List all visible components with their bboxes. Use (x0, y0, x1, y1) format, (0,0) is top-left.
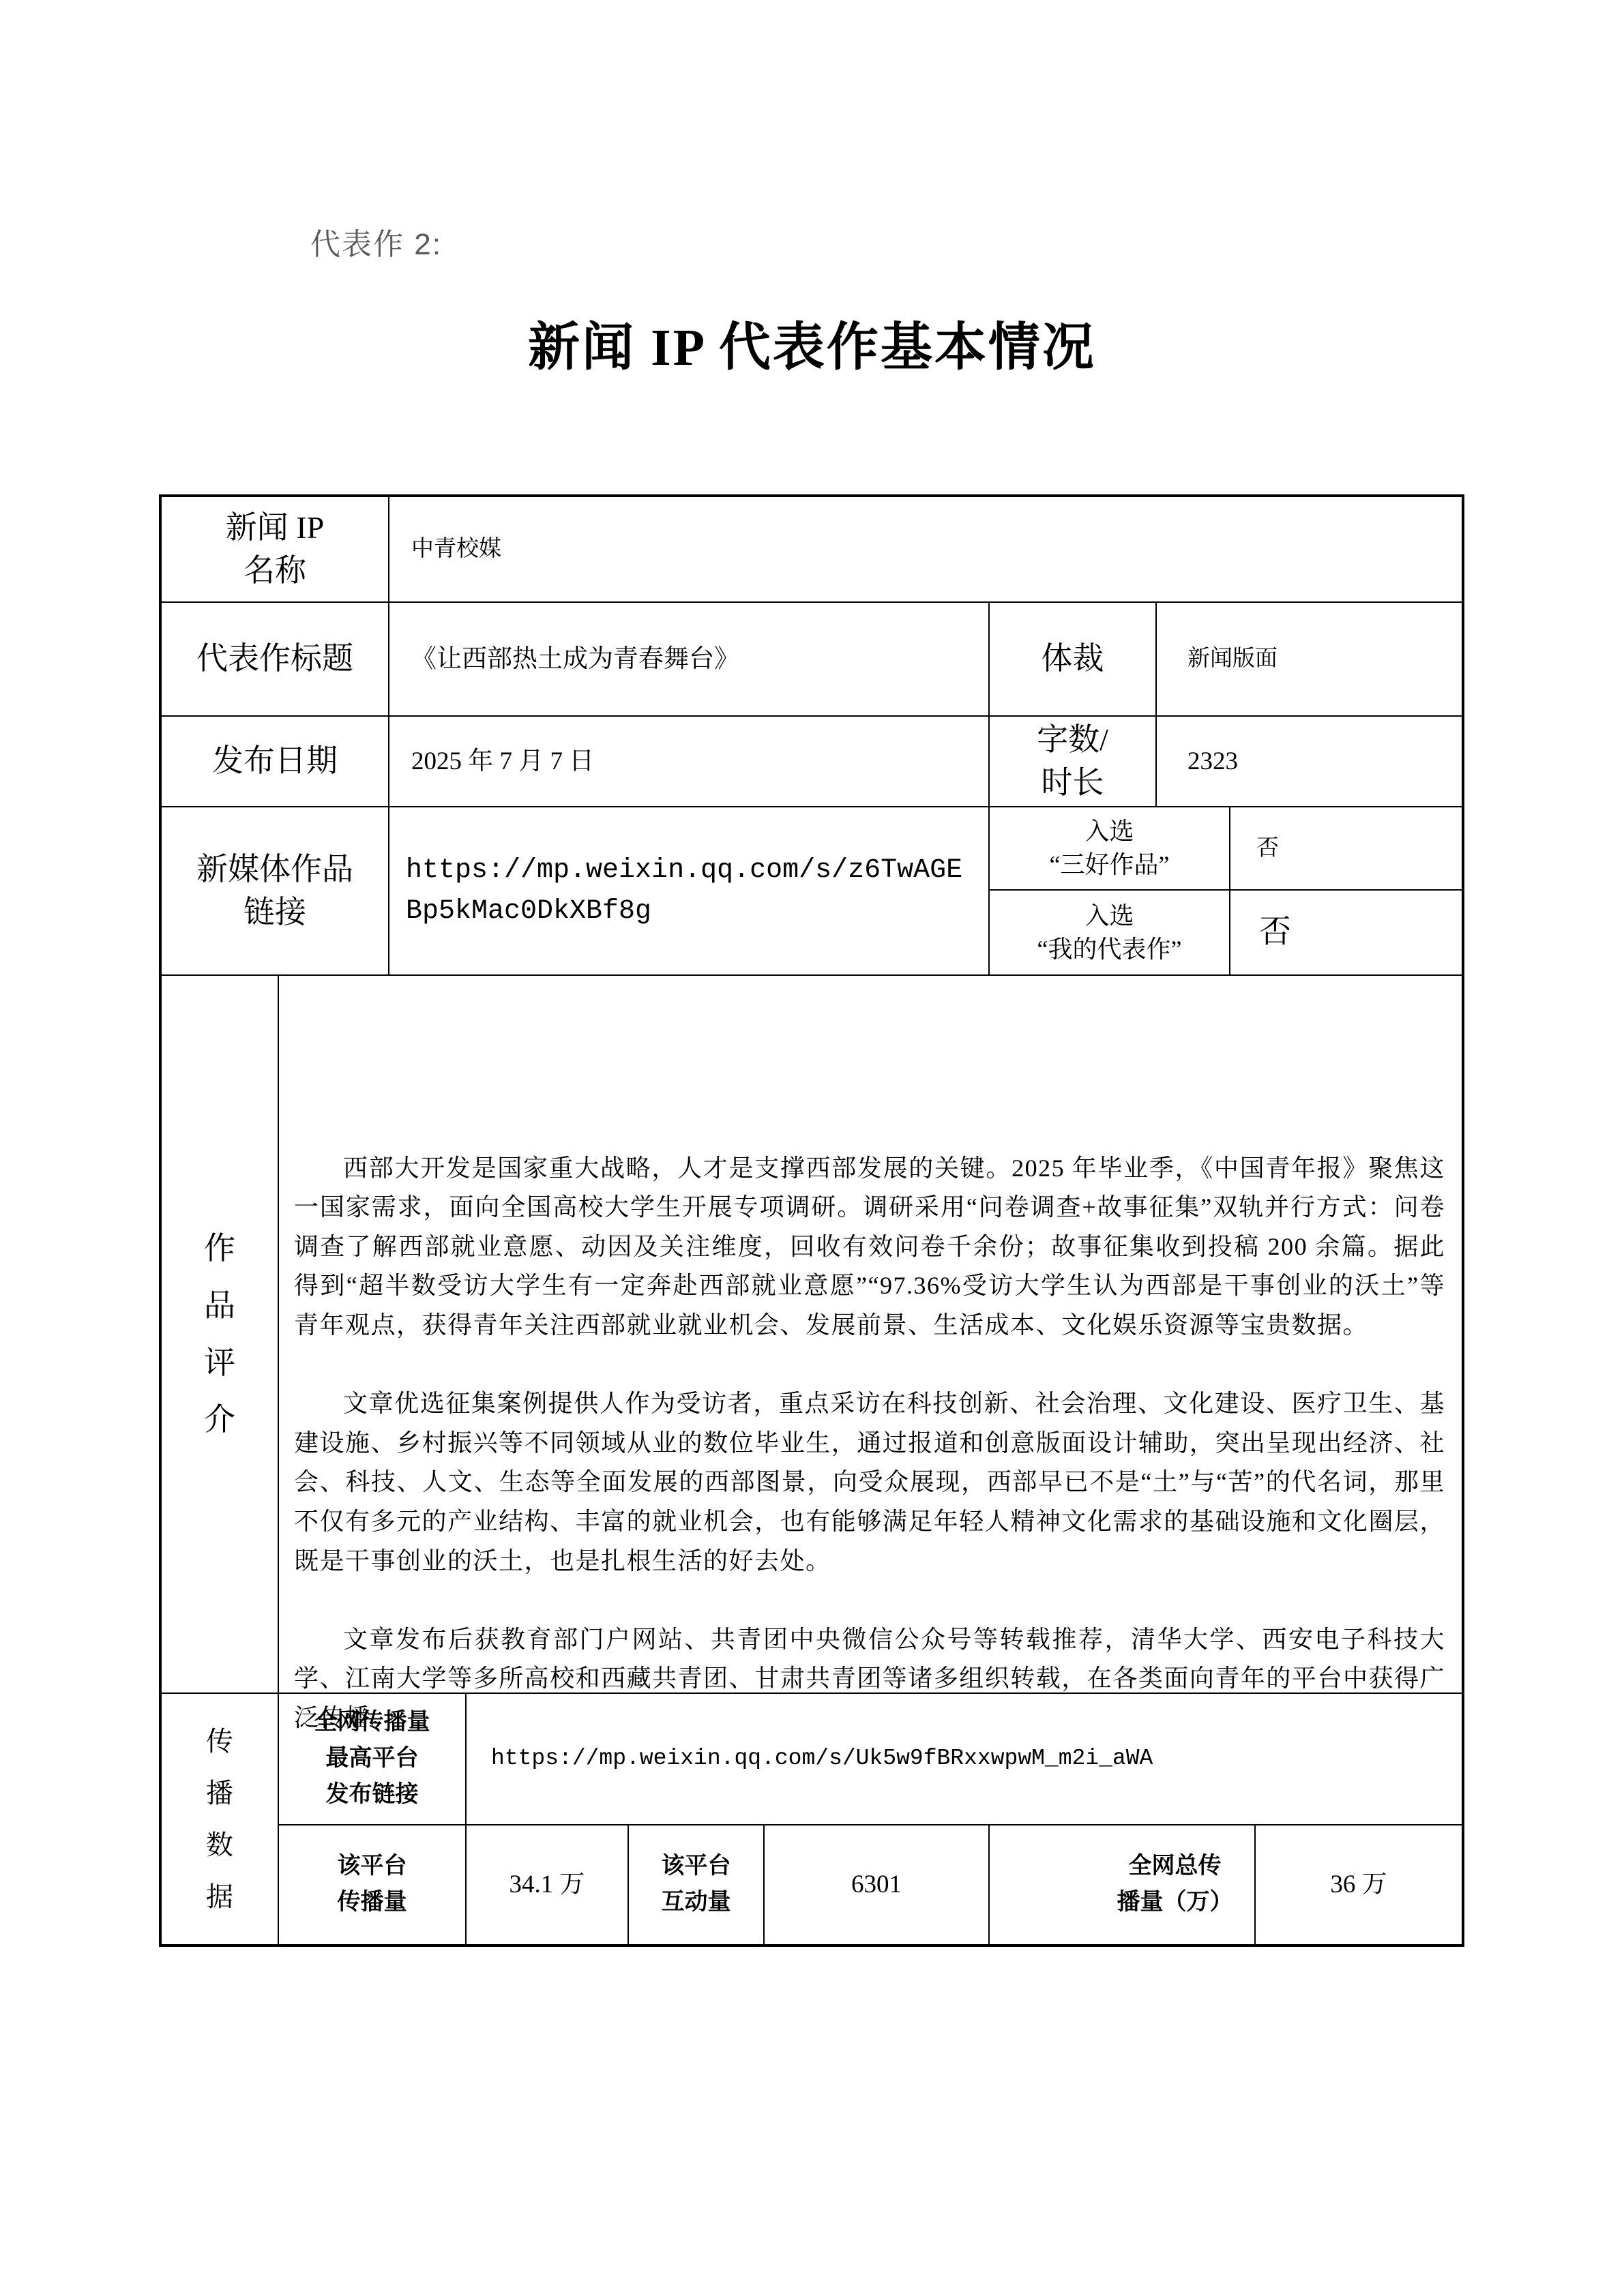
spread-data-label: 传播数据 (205, 1716, 235, 1923)
total-spread-label: 全网总传 播量（万） (1095, 1825, 1256, 1944)
platform-interaction-label: 该平台 互动量 (629, 1825, 765, 1944)
platform-spread-value: 34.1 万 (467, 1825, 629, 1944)
review-paragraph-1: 西部大开发是国家重大战略，人才是支撑西部发展的关键。2025 年毕业季，《中国青… (294, 1149, 1445, 1345)
top-platform-link-value: https://mp.weixin.qq.com/s/Uk5w9fBRxxwpw… (467, 1694, 1462, 1825)
publish-date-value: 2025 年 7 月 7 日 (389, 717, 990, 807)
review-content: 西部大开发是国家重大战略，人才是支撑西部发展的关键。2025 年毕业季，《中国青… (279, 976, 1462, 1694)
total-spread-value: 36 万 (1256, 1825, 1462, 1944)
media-link-value: https://mp.weixin.qq.com/s/z6TwAGE Bp5kM… (389, 807, 990, 976)
document-page: 代表作 2: 新闻 IP 代表作基本情况 新闻 IP 名称 中青校媒 代表作标题… (0, 0, 1624, 2296)
publish-date-label: 发布日期 (162, 717, 389, 807)
word-count-value: 2323 (1157, 717, 1462, 807)
review-label: 作品评介 (203, 1220, 237, 1448)
platform-spread-label: 该平台 传播量 (279, 1825, 467, 1944)
genre-label: 体裁 (990, 603, 1157, 717)
spread-data-label-cell: 传播数据 (162, 1694, 279, 1944)
review-paragraph-2: 文章优选征集案例提供人作为受访者，重点采访在科技创新、社会治理、文化建设、医疗卫… (294, 1384, 1445, 1581)
selected-sanhao-label: 入选 “三好作品” (990, 807, 1230, 891)
genre-value: 新闻版面 (1157, 603, 1462, 717)
platform-interaction-value: 6301 (765, 1825, 990, 1944)
media-link-label: 新媒体作品 链接 (162, 807, 389, 976)
top-platform-link-label: 全网传播量 最高平台 发布链接 (279, 1694, 467, 1825)
word-count-label: 字数/ 时长 (990, 717, 1157, 807)
selected-representative-value: 否 (1230, 891, 1462, 976)
review-label-cell: 作品评介 (162, 976, 279, 1694)
page-title: 新闻 IP 代表作基本情况 (0, 305, 1624, 380)
work-title-value: 《让西部热土成为青春舞台》 (389, 603, 990, 717)
work-title-label: 代表作标题 (162, 603, 389, 717)
selected-representative-label: 入选 “我的代表作” (990, 891, 1230, 976)
selected-sanhao-value: 否 (1230, 807, 1462, 891)
info-table: 新闻 IP 名称 中青校媒 代表作标题 《让西部热土成为青春舞台》 体裁 新闻版… (159, 494, 1464, 1947)
work-number-label: 代表作 2: (310, 220, 442, 263)
ip-name-label: 新闻 IP 名称 (162, 497, 389, 603)
ip-name-value: 中青校媒 (389, 497, 1462, 603)
